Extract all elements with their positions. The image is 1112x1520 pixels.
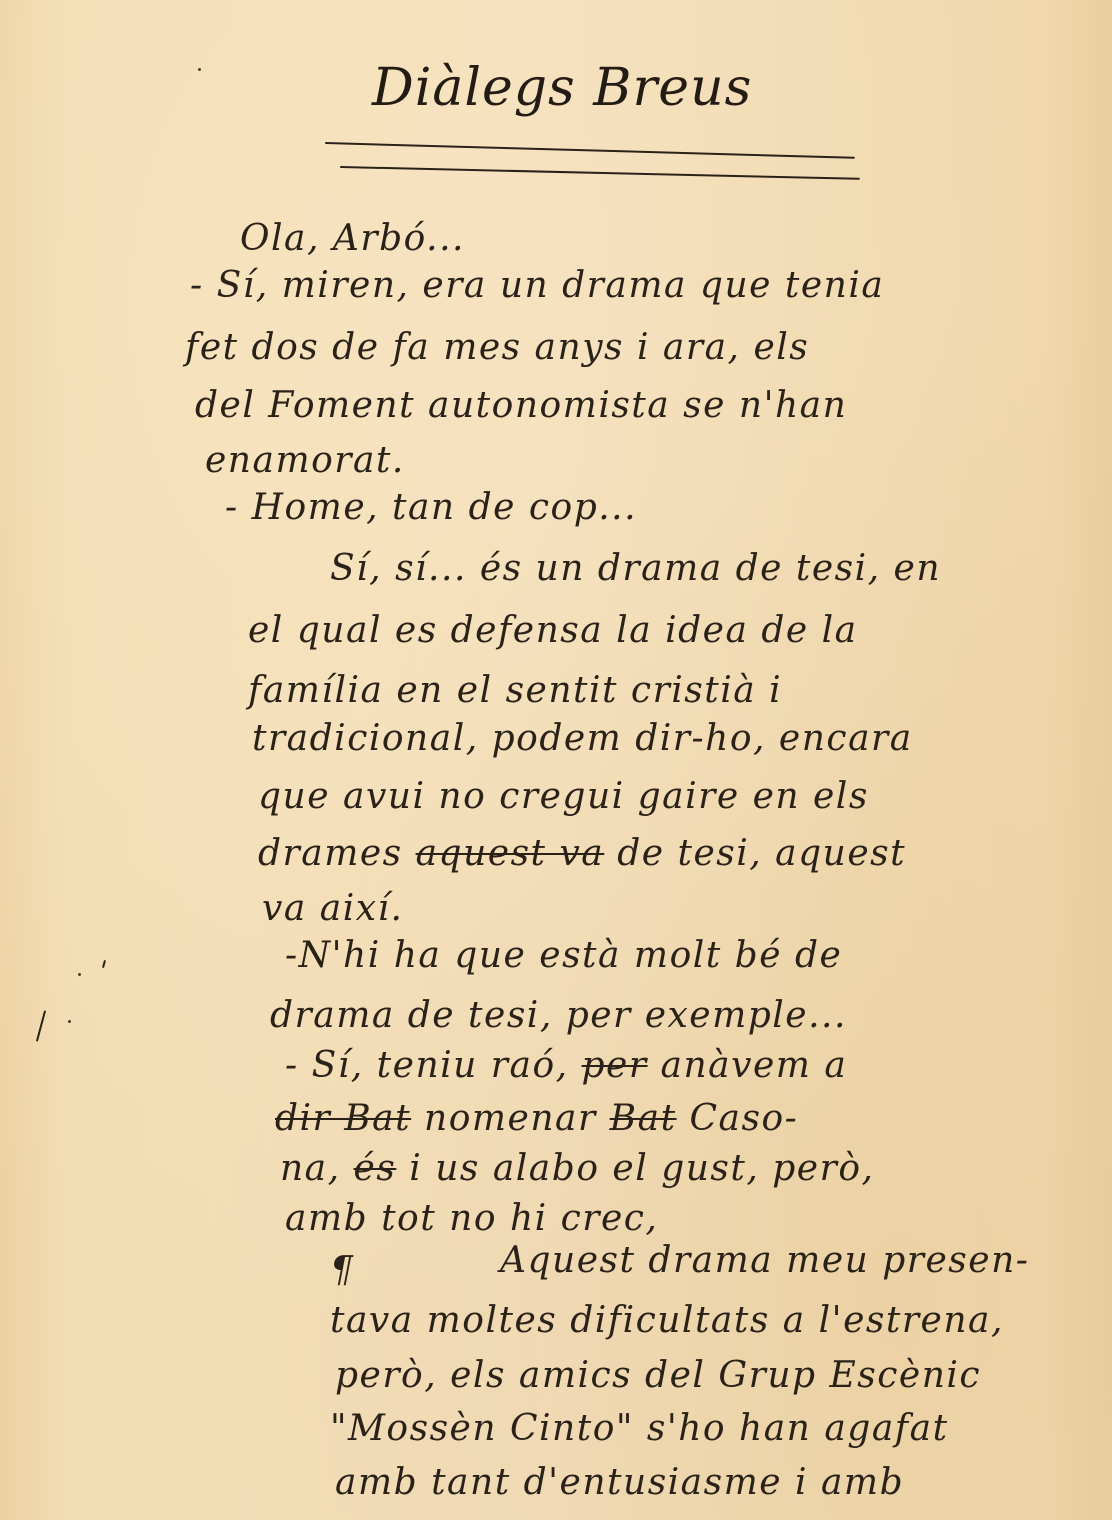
manuscript-line: tava moltes dificultats a l'estrena,	[330, 1300, 1004, 1341]
ink-speck	[78, 973, 81, 976]
line-text: i us alabo el gust, però,	[396, 1148, 874, 1189]
document-title: Diàlegs Breus	[372, 58, 752, 118]
manuscript-line: tradicional, podem dir-ho, encara	[252, 718, 913, 759]
manuscript-line: però, els amics del Grup Escènic	[335, 1355, 981, 1396]
manuscript-line: que avui no cregui gaire en els	[258, 776, 869, 817]
manuscript-line: amb tot no hi crec,	[285, 1198, 658, 1239]
manuscript-line: el qual es defensa la idea de la	[248, 610, 858, 651]
line-text: Caso-	[677, 1098, 799, 1139]
manuscript-line: -N'hi ha que està molt bé de	[285, 935, 842, 976]
manuscript-line: - Sí, miren, era un drama que tenia	[190, 265, 884, 306]
struck-text: aquest va	[416, 833, 605, 874]
manuscript-line: Aquest drama meu presen-	[500, 1240, 1029, 1281]
line-text: anàvem a	[648, 1045, 848, 1086]
manuscript-line: dir Bat nomenar Bat Caso-	[275, 1098, 798, 1139]
manuscript-line: na, és i us alabo el gust, però,	[280, 1148, 874, 1189]
manuscript-line: del Foment autonomista se n'han	[195, 385, 847, 426]
manuscript-line: drames aquest va de tesi, aquest	[258, 833, 906, 874]
line-text: de tesi, aquest	[604, 833, 906, 874]
manuscript-line: família en el sentit cristià i	[248, 670, 782, 711]
manuscript-line: amb tant d'entusiasme i amb	[335, 1462, 904, 1503]
struck-text: dir Bat	[275, 1098, 411, 1139]
line-text: nomenar	[411, 1098, 610, 1139]
struck-text: és	[354, 1148, 397, 1189]
struck-text: Bat	[610, 1098, 677, 1139]
manuscript-line: - Home, tan de cop...	[225, 487, 637, 528]
manuscript-line: drama de tesi, per exemple...	[270, 995, 847, 1036]
manuscript-line: va així.	[262, 888, 403, 929]
manuscript-line: - Sí, teniu raó, per anàvem a	[285, 1045, 847, 1086]
manuscript-line: "Mossèn Cinto" s'ho han agafat	[330, 1408, 949, 1449]
struck-text: per	[582, 1045, 648, 1086]
line-text: na,	[280, 1148, 354, 1189]
ink-speck	[68, 1020, 71, 1023]
manuscript-line: Sí, sí... és un drama de tesi, en	[330, 548, 941, 589]
line-text: drames	[258, 833, 416, 874]
paragraph-mark: ¶	[330, 1250, 354, 1291]
manuscript-line: fet dos de fa mes anys i ara, els	[185, 327, 809, 368]
ink-speck	[198, 68, 201, 71]
line-text: - Sí, teniu raó,	[285, 1045, 582, 1086]
manuscript-line: Ola, Arbó...	[240, 218, 465, 259]
manuscript-line: enamorat.	[205, 440, 405, 481]
manuscript-page	[0, 0, 1112, 1520]
